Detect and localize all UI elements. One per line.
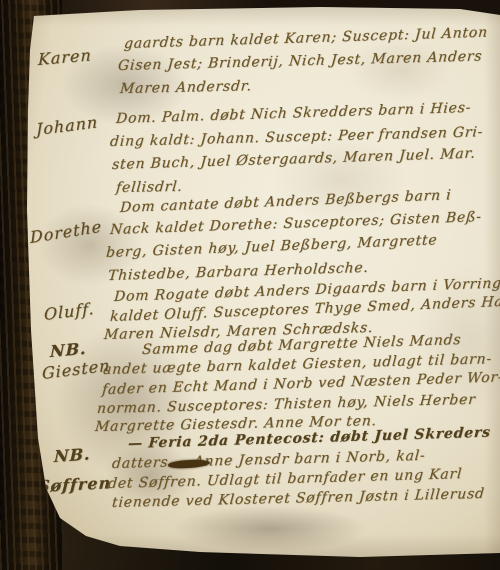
entry-line: Thistedbe, Barbara Herholdsche. — [107, 260, 369, 284]
entry-line: fellisdrl. — [115, 179, 183, 196]
entry-line: berg, Gisten høy, Juel Beßberg, Margrett… — [105, 232, 437, 261]
margin-note-nb: NB. — [54, 444, 91, 466]
manuscript-photo: Karen gaardts barn kaldet Karen; Suscept… — [0, 0, 500, 570]
margin-name-karen: Karen — [38, 45, 92, 69]
entry-line: Gisen Jest; Brinderij, Nich Jest, Maren … — [117, 48, 483, 74]
margin-note-nb: NB. — [50, 339, 87, 361]
margin-name-oluff: Oluff. — [44, 299, 95, 324]
margin-name-dorethe: Dorethe — [30, 217, 103, 247]
manuscript-page: Karen gaardts barn kaldet Karen; Suscept… — [0, 0, 500, 570]
margin-name-johann: Johann — [36, 112, 98, 139]
entry-line: Dom. Palm. døbt Nich Skredders barn i Hi… — [115, 100, 471, 127]
entry-line: Maren Andersdr. — [119, 78, 252, 97]
entry-line: sten Buch, Juel Østergaards, Maren Juel.… — [111, 146, 476, 173]
margin-name-soffren: Søffren — [38, 473, 112, 496]
entry-line: gaardts barn kaldet Karen; Suscept: Jul … — [123, 25, 488, 52]
